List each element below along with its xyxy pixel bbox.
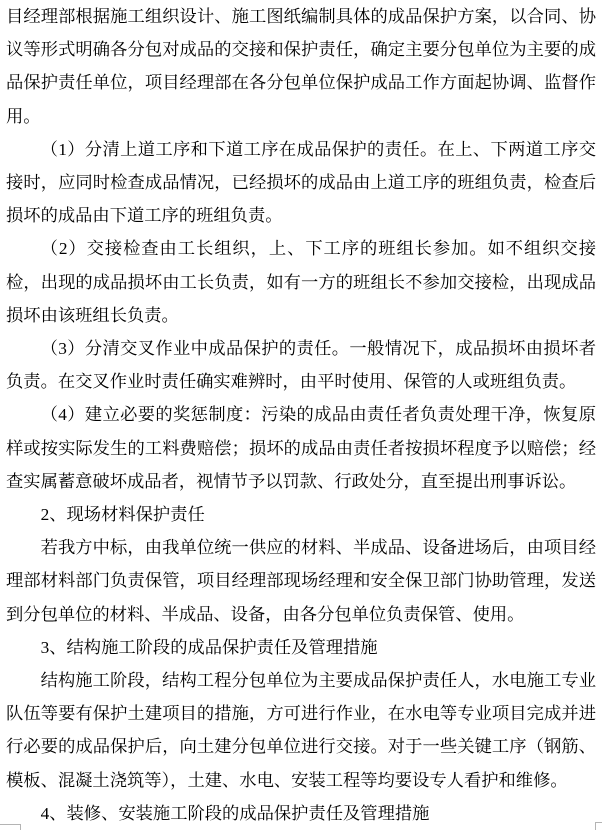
paragraph-material-protection: 若我方中标，由我单位统一供应的材料、半成品、设备进场后，由项目经理部材料部门负责… [6,531,596,631]
paragraph-intro-continuation: 目经理部根据施工组织设计、施工图纸编制具体的成品保护方案，以合同、协议等形式明确… [6,0,596,133]
paragraph-structure-stage: 结构施工阶段，结构工程分包单位为主要成品保护责任人，水电施工专业队伍等要有保护土… [6,664,596,797]
page-margin-mark-left [0,824,21,830]
document-page: 目经理部根据施工组织设计、施工图纸编制具体的成品保护方案，以合同、协议等形式明确… [0,0,602,830]
heading-section-3: 3、结构施工阶段的成品保护责任及管理措施 [6,631,596,664]
paragraph-rule-4: （4）建立必要的奖惩制度：污染的成品由责任者负责处理干净，恢复原样或按实际发生的… [6,398,596,498]
page-margin-mark-right [595,822,602,830]
paragraph-rule-1: （1）分清上道工序和下道工序在成品保护的责任。在上、下两道工序交接时，应同时检查… [6,133,596,233]
paragraph-rule-2: （2）交接检查由工长组织，上、下工序的班组长参加。如不组织交接检，出现的成品损坏… [6,232,596,332]
paragraph-rule-3: （3）分清交叉作业中成品保护的责任。一般情况下，成品损坏由损坏者负责。在交叉作业… [6,332,596,398]
heading-section-4: 4、装修、安装施工阶段的成品保护责任及管理措施 [6,797,596,830]
heading-section-2: 2、现场材料保护责任 [6,498,596,531]
